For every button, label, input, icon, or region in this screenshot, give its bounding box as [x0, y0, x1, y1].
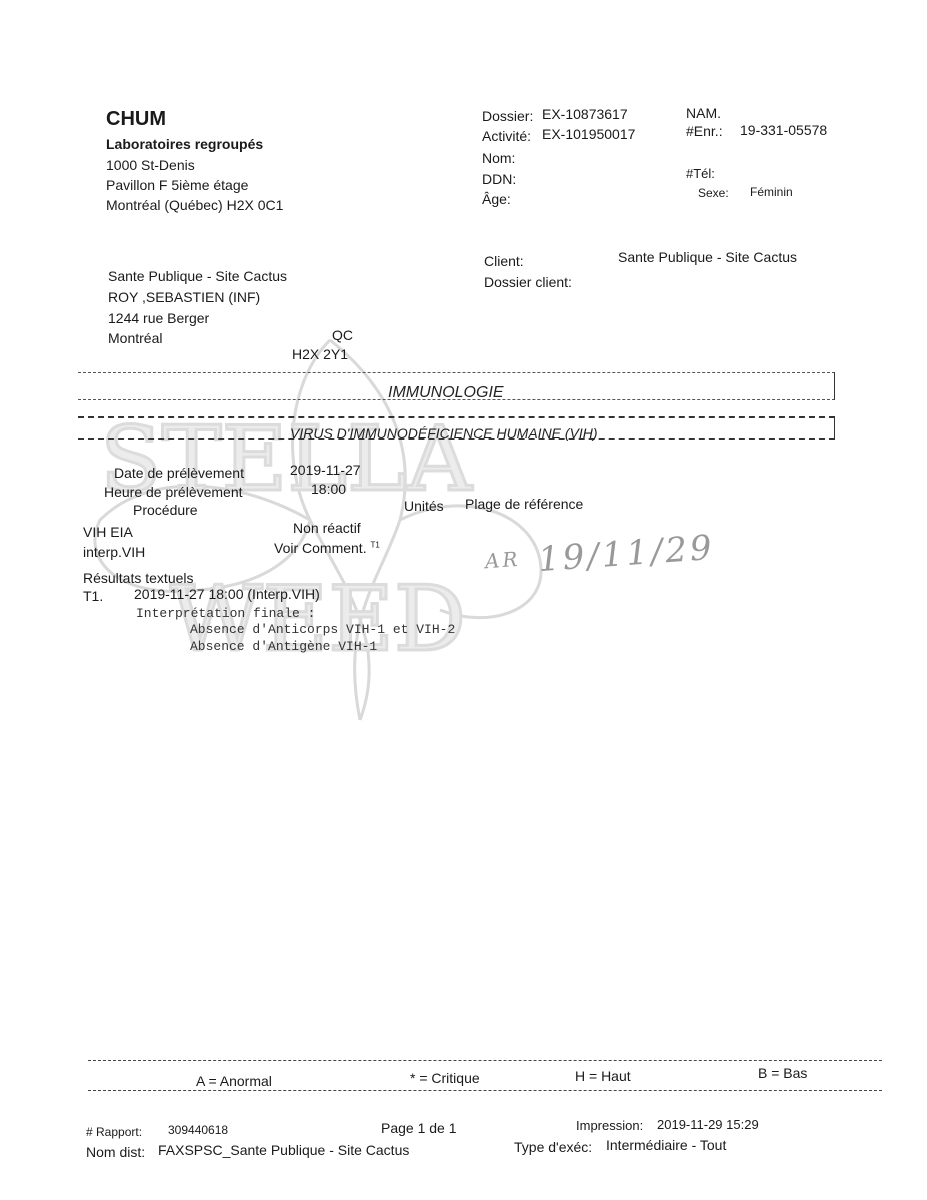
row-result: Non réactif	[293, 520, 361, 536]
dossier-client-label: Dossier client:	[484, 274, 572, 290]
legend-divider-top	[88, 1060, 882, 1061]
legend-bas: B = Bas	[758, 1065, 807, 1081]
textual-results-label: Résultats textuels	[83, 570, 194, 586]
lab-address-line3: Montréal (Québec) H2X 0C1	[106, 197, 283, 213]
textual-results-line: Interprétation finale :	[136, 606, 315, 621]
lab-address-line1: 1000 St-Denis	[106, 157, 195, 173]
ddn-label: DDN:	[482, 171, 516, 187]
rapport-label: # Rapport:	[86, 1125, 142, 1139]
nom-dist-label: Nom dist:	[86, 1144, 145, 1160]
sexe-label: Sexe:	[698, 186, 729, 200]
textual-results-line: Absence d'Anticorps VIH-1 et VIH-2	[190, 622, 455, 637]
enr-label: #Enr.:	[686, 123, 723, 139]
age-label: Âge:	[482, 191, 511, 207]
client-value: Sante Publique - Site Cactus	[618, 249, 797, 265]
sexe-value: Féminin	[750, 185, 793, 199]
header-procedure: Procédure	[133, 502, 198, 518]
lab-department: Laboratoires regroupés	[106, 136, 263, 152]
handwritten-initials: AR	[484, 547, 521, 573]
rapport-value: 309440618	[168, 1123, 228, 1137]
activite-label: Activité:	[482, 128, 531, 144]
dossier-label: Dossier:	[482, 108, 533, 124]
row-procedure: VIH EIA	[83, 524, 133, 540]
section-title-vih: VIRUS D'IMMUNODÉFICIENCE HUMAINE (VIH)	[290, 425, 598, 441]
row-procedure: interp.VIH	[83, 544, 145, 560]
header-reference: Plage de référence	[465, 496, 583, 512]
type-exec-value: Intermédiaire - Tout	[606, 1137, 726, 1153]
textual-results-line: Absence d'Antigène VIH-1	[190, 639, 377, 654]
nom-label: Nom:	[482, 150, 515, 166]
collection-date-label: Date de prélèvement	[114, 465, 244, 481]
dossier-value: EX-10873617	[542, 106, 628, 122]
collection-time-value: 18:00	[311, 481, 346, 497]
collection-date-value: 2019-11-27	[290, 462, 361, 478]
activite-value: EX-101950017	[542, 126, 635, 142]
nom-dist-value: FAXSPSC_Sante Publique - Site Cactus	[158, 1142, 409, 1158]
recipient-line2: ROY ,SEBASTIEN (INF)	[108, 289, 260, 305]
recipient-postal: H2X 2Y1	[292, 346, 348, 362]
legend-haut: H = Haut	[575, 1068, 631, 1084]
impression-label: Impression:	[576, 1118, 643, 1133]
row-result-text: Voir Comment.	[274, 540, 367, 556]
enr-value: 19-331-05578	[740, 122, 827, 138]
tel-label: #Tél:	[686, 166, 715, 181]
lab-address-line2: Pavillon F 5ième étage	[106, 177, 248, 193]
page-indicator: Page 1 de 1	[381, 1120, 457, 1136]
recipient-city: Montréal	[108, 330, 162, 346]
legend-anormal: A = Anormal	[196, 1073, 272, 1089]
recipient-province: QC	[332, 327, 353, 343]
client-label: Client:	[484, 253, 524, 269]
section-title-immunologie: IMMUNOLOGIE	[388, 384, 504, 402]
row-note-ref: T1	[370, 540, 379, 549]
handwritten-date: 19/11/29	[537, 528, 716, 580]
header-units: Unités	[404, 498, 444, 514]
type-exec-label: Type d'exéc:	[514, 1139, 592, 1155]
legend-divider-bottom	[88, 1090, 882, 1091]
impression-value: 2019-11-29 15:29	[657, 1117, 759, 1132]
collection-time-label: Heure de prélèvement	[104, 484, 243, 500]
textual-results-tag: T1.	[83, 588, 103, 604]
row-result: Voir Comment. T1	[274, 540, 380, 556]
nam-label: NAM.	[686, 105, 721, 121]
recipient-line3: 1244 rue Berger	[108, 310, 209, 326]
legend-critique: * = Critique	[410, 1070, 480, 1086]
lab-name: CHUM	[106, 108, 166, 131]
recipient-line1: Sante Publique - Site Cactus	[108, 268, 287, 284]
textual-results-header: 2019-11-27 18:00 (Interp.VIH)	[134, 586, 320, 602]
